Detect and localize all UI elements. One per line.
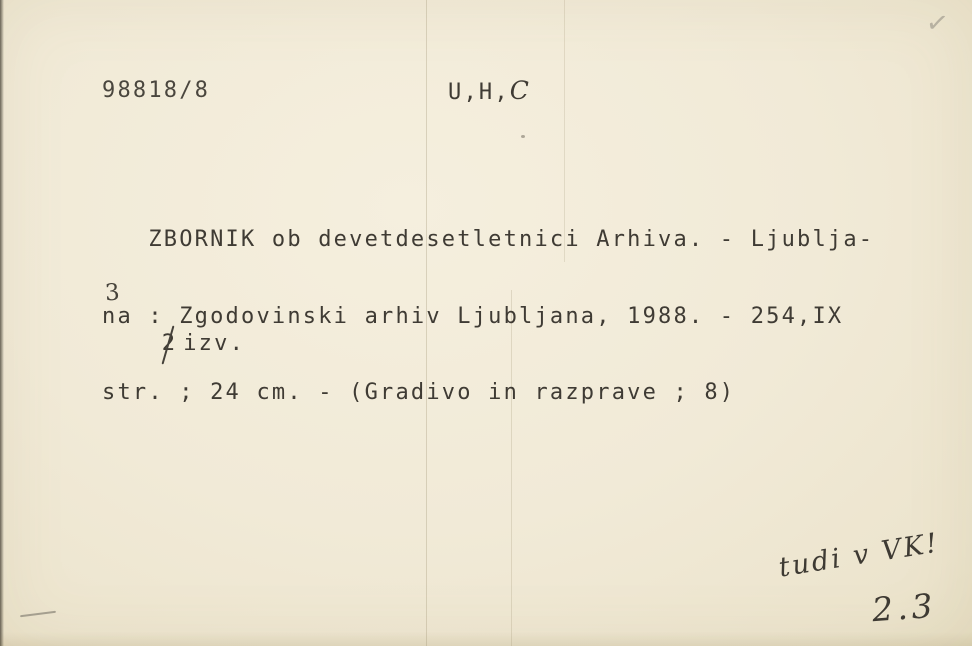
handwritten-number: 2.3 [871,586,938,629]
call-number: 98818/8 [102,78,210,103]
pencil-mark [20,611,56,617]
copies-label: izv. [183,331,245,356]
bottom-shade [0,632,972,646]
entry-line: str. ; 24 cm. - (Gradivo in razprave ; 8… [102,380,874,406]
pencil-checkmark: ✓ [924,7,951,41]
copies-note: 2izv. [100,306,245,381]
catalog-card-scan: ✓ 98818/8 U,H,C ZBORNIK ob devetdesetlet… [0,0,972,646]
copies-original-value: 2 [162,331,177,356]
classification-typed-part: U,H, [448,80,510,105]
classification-hand-part: C [510,76,529,105]
entry-line: ZBORNIK ob devetdesetletnici Arhiva. - L… [102,227,874,253]
classification-code: U,H,C [448,76,529,105]
copies-corrected-value: 3 [104,280,120,307]
handwritten-note: tudi v VK! [777,528,942,584]
scan-edge-shadow [0,0,4,646]
paper-speck [521,135,525,138]
